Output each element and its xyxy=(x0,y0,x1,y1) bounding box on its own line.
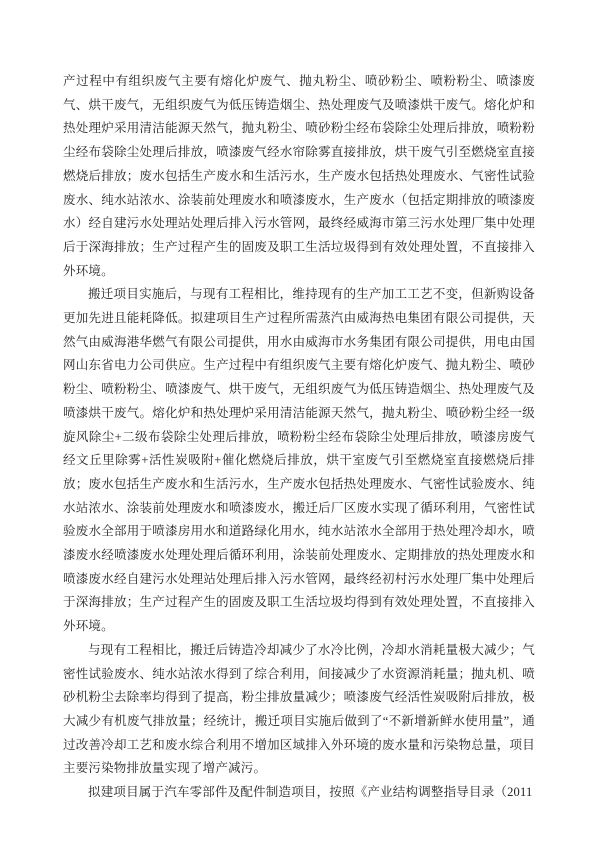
paragraph-2: 搬迁项目实施后，与现有工程相比，维持现有的生产加工工艺不变，但新购设备更加先进且… xyxy=(63,283,535,639)
paragraph-1: 产过程中有组织废气主要有熔化炉废气、抛丸粉尘、喷砂粉尘、喷粉粉尘、喷漆废气、烘干… xyxy=(63,70,535,283)
document-text-block: 产过程中有组织废气主要有熔化炉废气、抛丸粉尘、喷砂粉尘、喷粉粉尘、喷漆废气、烘干… xyxy=(63,70,535,805)
paragraph-4: 拟建项目属于汽车零部件及配件制造项目，按照《产业结构调整指导目录（2011 xyxy=(63,781,535,805)
paragraph-3: 与现有工程相比，搬迁后铸造冷却减少了水冷比例，冷却水消耗量极大减少；气密性试验废… xyxy=(63,639,535,781)
document-page: 产过程中有组织废气主要有熔化炉废气、抛丸粉尘、喷砂粉尘、喷粉粉尘、喷漆废气、烘干… xyxy=(0,0,595,842)
